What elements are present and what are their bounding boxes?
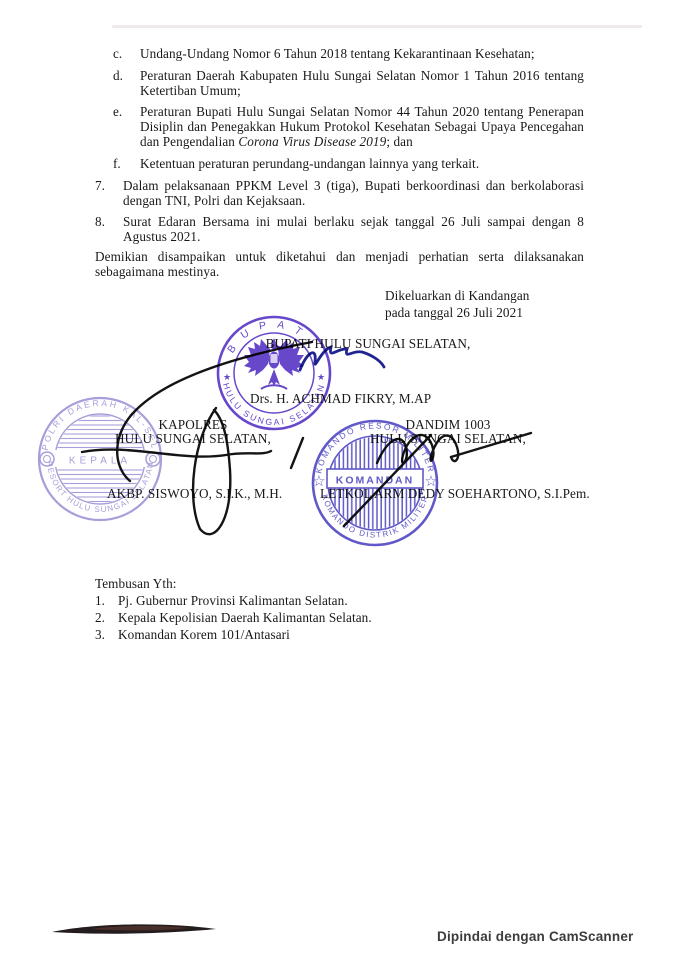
numbered-item-8: Surat Edaran Bersama ini mulai berlaku s… [123, 214, 584, 244]
list-item-d: Peraturan Daerah Kabupaten Hulu Sungai S… [140, 68, 584, 98]
copies-heading: Tembusan Yth: [95, 576, 395, 591]
bupati-title: BUPATI HULU SUNGAI SELATAN, [228, 336, 508, 351]
stamp-center-band [54, 450, 146, 467]
kapolres-title-line1: KAPOLRES [113, 417, 273, 432]
issuance-place: Dikeluarkan di Kandangan [385, 288, 605, 303]
dandim-title-line1: DANDIM 1003 [368, 417, 528, 432]
paper-edge-shadow [52, 924, 216, 933]
stamp-center-text: KOMANDAN [336, 475, 414, 487]
copies-item: Kepala Kepolisian Daerah Kalimantan Sela… [118, 610, 438, 625]
stamp-center-text: KEPALA [69, 456, 131, 467]
numbered-marker: 7. [95, 178, 105, 193]
kapolres-title-line2: HULU SUNGAI SELATAN, [113, 431, 273, 446]
bupati-name: Drs. H. ACHMAD FIKRY, M.AP [250, 391, 490, 406]
list-item-f: Ketentuan peraturan perundang-undangan l… [140, 156, 584, 171]
star-icon: ★ [317, 372, 325, 382]
dandim-title-line2: HULU SUNGAI SELATAN, [368, 431, 528, 446]
numbered-marker: 8. [95, 214, 105, 229]
list-marker: f. [113, 156, 121, 171]
issuance-date: pada tanggal 26 Juli 2021 [385, 305, 605, 320]
copies-marker: 1. [95, 593, 105, 608]
scan-shadow-line [112, 25, 642, 28]
numbered-item-7: Dalam pelaksanaan PPKM Level 3 (tiga), B… [123, 178, 584, 208]
copies-item: Komandan Korem 101/Antasari [118, 627, 438, 642]
dandim-signature [344, 433, 531, 526]
list-item-c: Undang-Undang Nomor 6 Tahun 2018 tentang… [140, 46, 584, 61]
star-icon: ★ [223, 372, 231, 382]
copies-marker: 3. [95, 627, 105, 642]
dandim-name: LETKOL ARM DEDY SOEHARTONO, S.I.Pem. [320, 486, 600, 501]
polri-official-stamp: KEPALA POLRI DAERAH KAL-SEL RESORT HULU … [36, 395, 164, 523]
stamp-outer-ring [218, 317, 330, 429]
list-item-e-tail: ; dan [386, 134, 413, 149]
copies-marker: 2. [95, 610, 105, 625]
list-marker: d. [113, 68, 123, 83]
camscanner-watermark: Dipindai dengan CamScanner [437, 929, 634, 944]
list-item-e-italic: Corona Virus Disease 2019 [238, 134, 386, 149]
stamp-inner-ring [328, 436, 422, 530]
closing-paragraph: Demikian disampaikan untuk diketahui dan… [95, 249, 584, 279]
stamp-hatch-fill [329, 437, 421, 529]
kapolres-name: AKBP. SISWOYO, S.I.K., M.H. [107, 486, 327, 501]
stamp-side-medallions [40, 452, 160, 466]
copies-item: Pj. Gubernur Provinsi Kalimantan Selatan… [118, 593, 438, 608]
list-item-e: Peraturan Bupati Hulu Sungai Selatan Nom… [140, 104, 584, 149]
list-marker: e. [113, 104, 122, 119]
scanned-document-page: c. Undang-Undang Nomor 6 Tahun 2018 tent… [0, 0, 678, 960]
list-marker: c. [113, 46, 122, 61]
